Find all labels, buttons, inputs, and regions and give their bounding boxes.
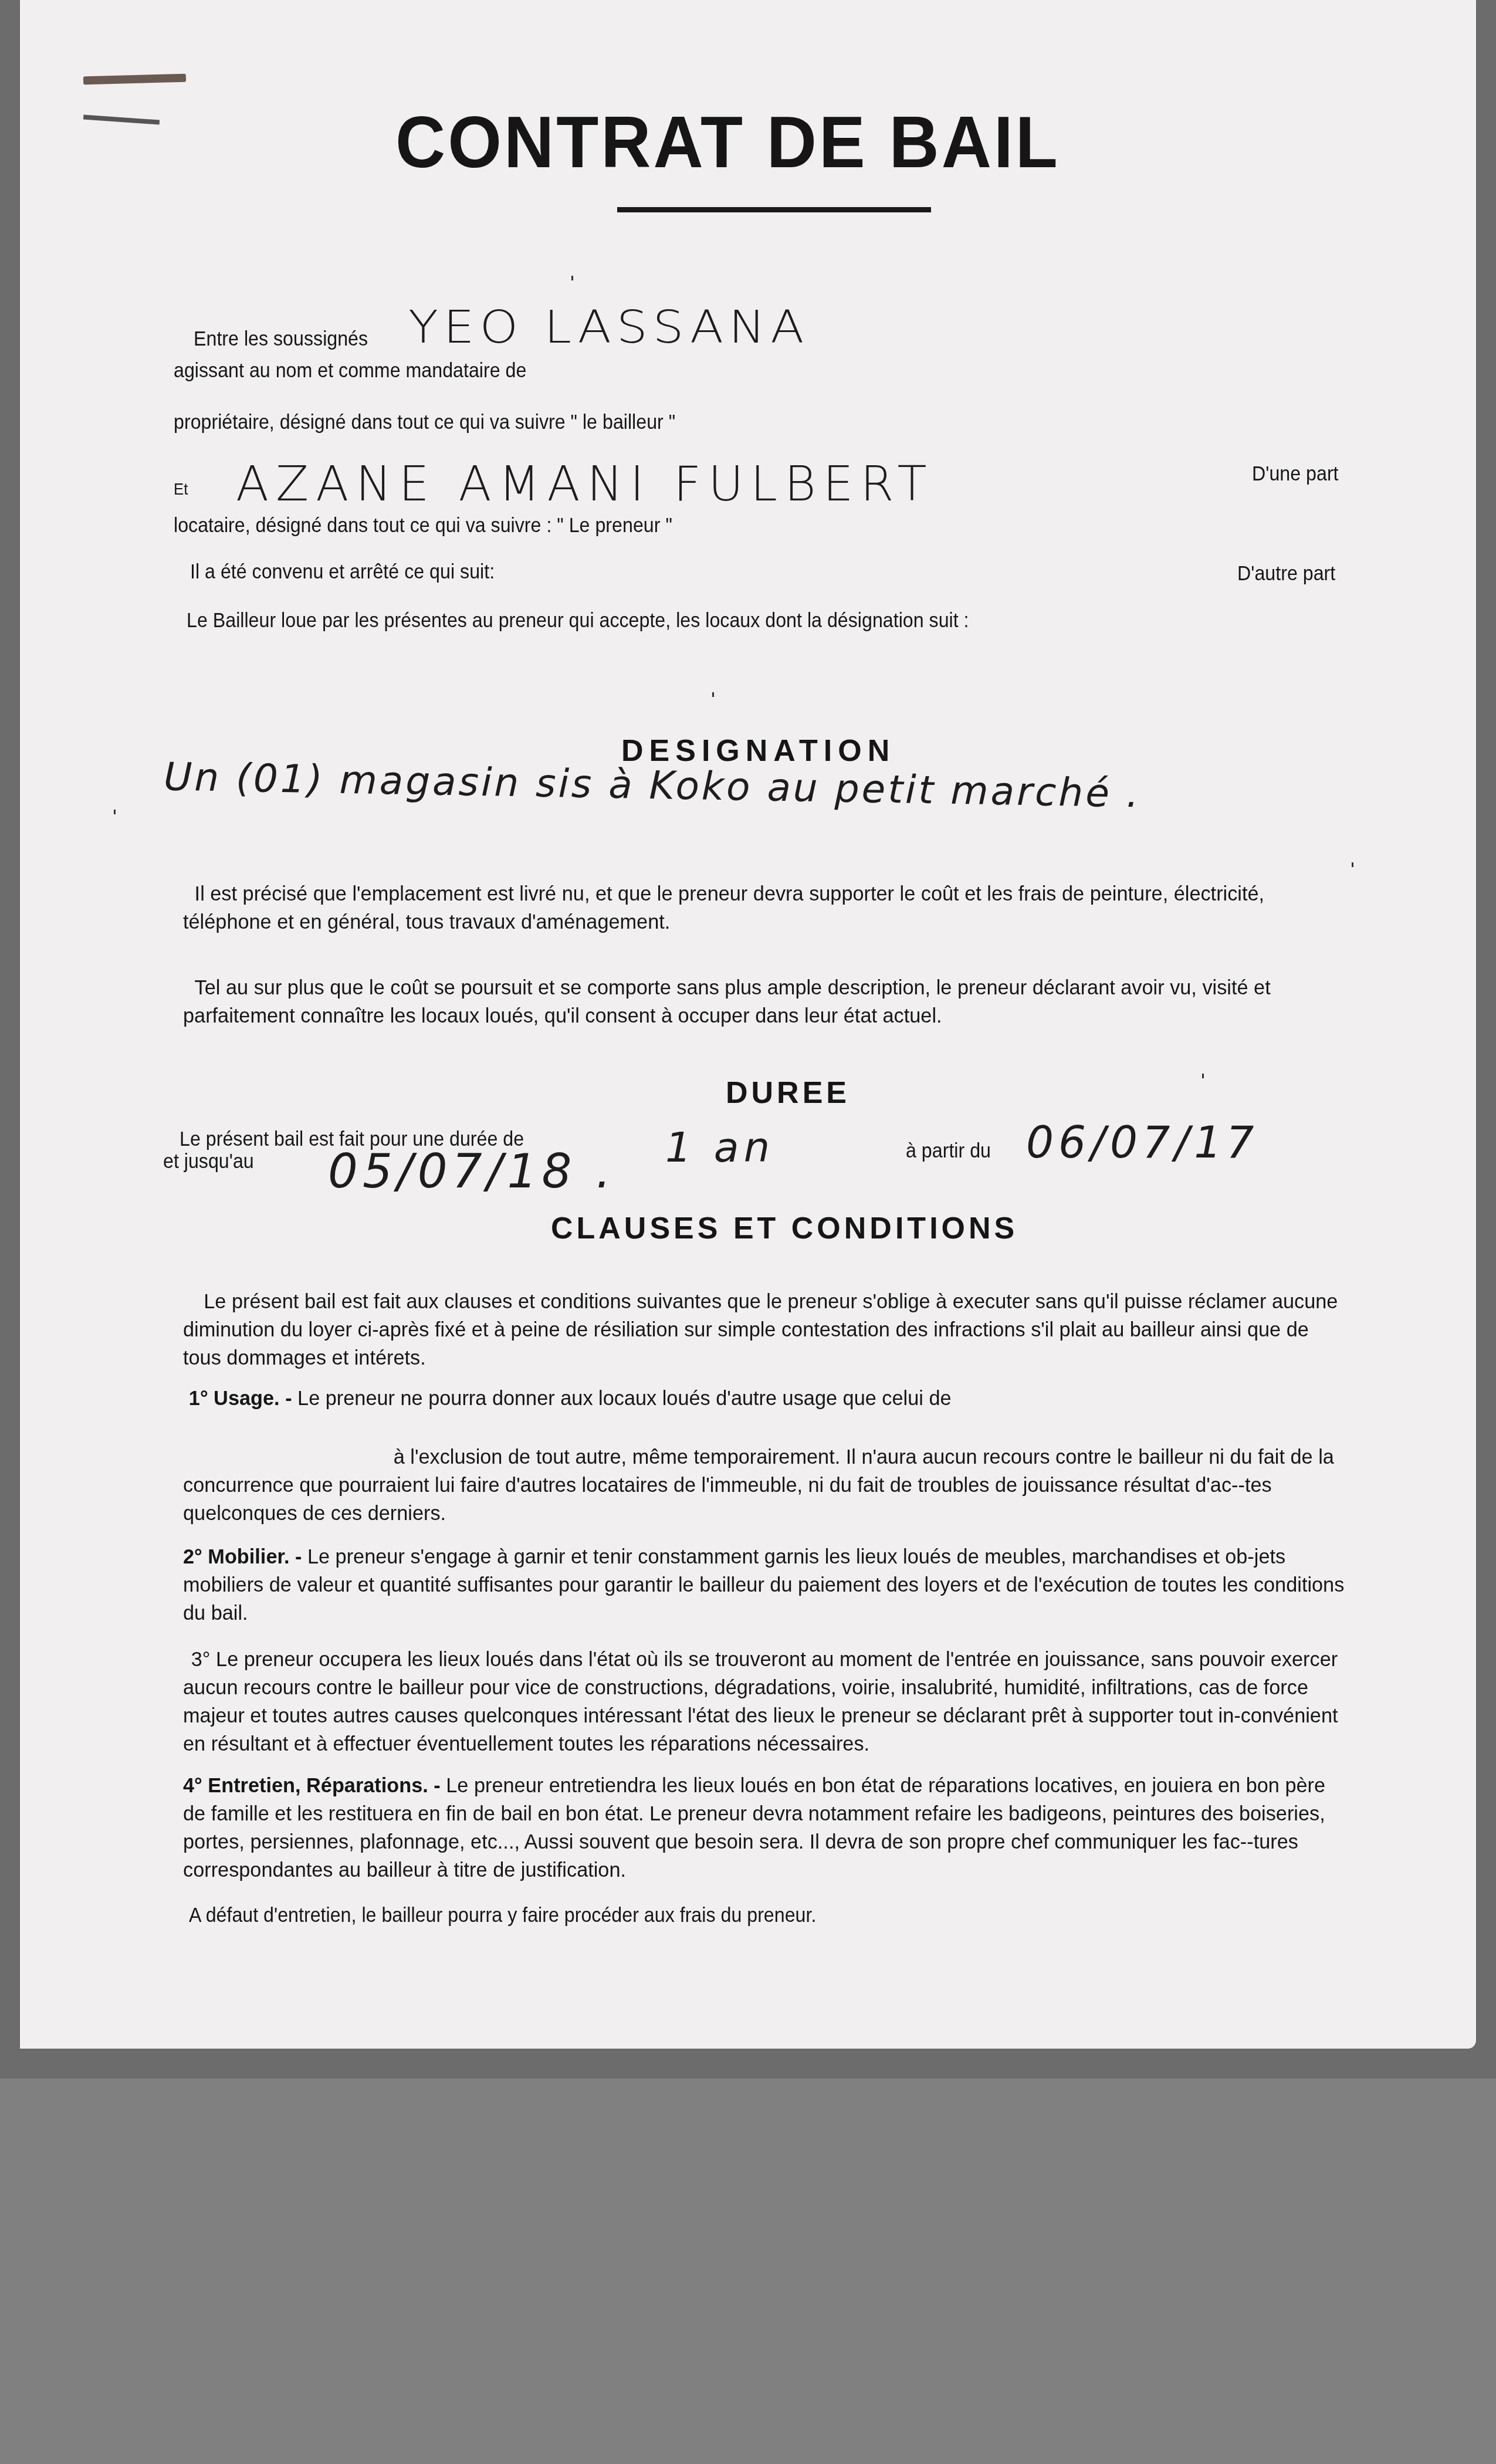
- designation-paragraph-1: Il est précisé que l'emplacement est liv…: [183, 880, 1345, 936]
- autre-part-label: D'autre part: [1237, 562, 1335, 585]
- scan-speck: [571, 276, 573, 280]
- duration-handwritten: 1 an: [665, 1123, 774, 1172]
- clauses-intro: Le présent bail est fait aux clauses et …: [183, 1288, 1345, 1372]
- clauses-heading: CLAUSES ET CONDITIONS: [551, 1211, 1018, 1246]
- duree-heading: DUREE: [726, 1075, 850, 1111]
- staple-mark: [83, 114, 160, 124]
- proprietaire-line: propriétaire, désigné dans tout ce qui v…: [174, 411, 675, 434]
- clause-etat: 3° Le preneur occupera les lieux loués d…: [183, 1646, 1345, 1758]
- scan-speck: [114, 810, 116, 814]
- clause-mobilier: 2° Mobilier. - Le preneur s'engage à gar…: [183, 1543, 1345, 1627]
- locataire-line: locataire, désigné dans tout ce qui va s…: [174, 514, 672, 537]
- designation-text-2: Tel au sur plus que le coût se poursuit …: [183, 976, 1271, 1027]
- clause-etat-text: Le preneur occupera les lieux loués dans…: [183, 1648, 1338, 1755]
- clause-usage: 1° Usage. - Le preneur ne pourra donner …: [183, 1385, 1345, 1413]
- title-underline: [617, 207, 931, 212]
- designation-text-1: Il est précisé que l'emplacement est liv…: [183, 882, 1264, 933]
- clause-usage-text-2: à l'exclusion de tout autre, même tempor…: [183, 1446, 1334, 1525]
- start-date-label: à partir du: [906, 1139, 991, 1163]
- staple-mark: [83, 74, 186, 85]
- document-title: CONTRAT DE BAIL: [395, 101, 1060, 185]
- start-date-handwritten: 06/07/17: [1026, 1118, 1258, 1168]
- mandataire-line: agissant au nom et comme mandataire de: [174, 359, 526, 383]
- scan-speck: [1352, 862, 1353, 867]
- clause-entretien: 4° Entretien, Réparations. - Le preneur …: [183, 1772, 1345, 1884]
- clause-entretien-lead: 4° Entretien, Réparations. -: [183, 1774, 441, 1797]
- end-date-handwritten: 05/07/18 .: [328, 1144, 615, 1199]
- clause-usage-lead: 1° Usage. -: [183, 1387, 292, 1410]
- intro-label: Entre les soussignés: [194, 327, 368, 351]
- scan-speck: [1202, 1074, 1204, 1078]
- clause-etat-lead: 3°: [183, 1648, 211, 1671]
- et-label: Et: [174, 480, 188, 499]
- scan-speck: [712, 692, 714, 697]
- preneur-name-handwritten: AZANE AMANI FULBERT: [236, 456, 934, 512]
- lease-contract-page: CONTRAT DE BAIL Entre les soussignés YEO…: [20, 0, 1476, 2049]
- une-part-label: D'une part: [1252, 462, 1339, 486]
- clause-usage-text-1: Le preneur ne pourra donner aux locaux l…: [297, 1387, 951, 1410]
- duree-line-2: et jusqu'au: [163, 1150, 254, 1173]
- clause-usage-continued: à l'exclusion de tout autre, même tempor…: [183, 1443, 1345, 1528]
- clause-mobilier-lead: 2° Mobilier. -: [183, 1545, 302, 1568]
- convenu-line: Il a été convenu et arrêté ce qui suit:: [190, 560, 495, 584]
- loue-line: Le Bailleur loue par les présentes au pr…: [187, 609, 969, 632]
- bailleur-name-handwritten: YEO LASSANA: [408, 301, 809, 353]
- clause-mobilier-text: Le preneur s'engage à garnir et tenir co…: [183, 1545, 1344, 1624]
- designation-paragraph-2: Tel au sur plus que le coût se poursuit …: [183, 974, 1345, 1030]
- clauses-intro-text: Le présent bail est fait aux clauses et …: [183, 1290, 1338, 1369]
- designation-handwritten: Un (01) magasin sis à Koko au petit marc…: [163, 754, 1141, 816]
- clause-defaut: A défaut d'entretien, le bailleur pourra…: [189, 1904, 816, 1927]
